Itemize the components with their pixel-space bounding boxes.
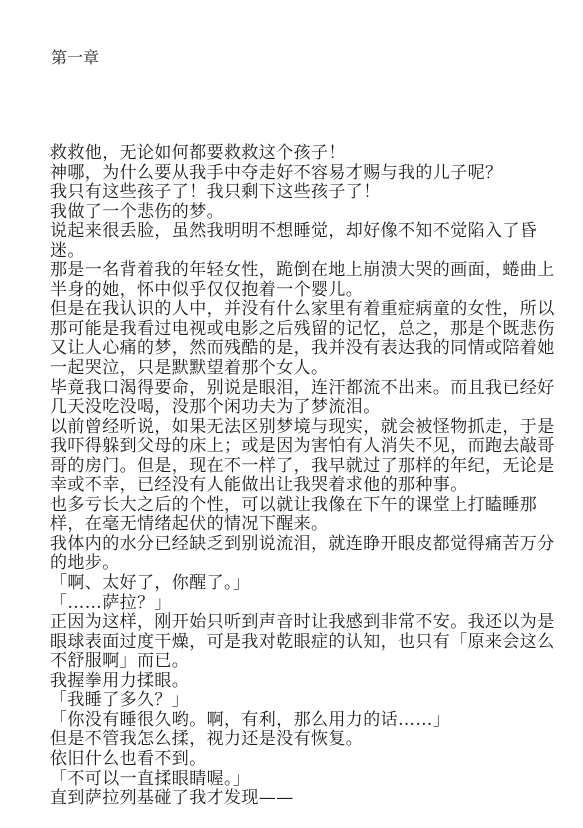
text-line: 几天没吃没喝，没那个闲功夫为了梦流泪。 [50, 398, 550, 418]
text-line: 眼球表面过度干燥，可是我对乾眼症的认知，也只有「原来会这么 [50, 633, 550, 653]
text-line: 说起来很丢脸，虽然我明明不想睡觉，却好像不知不觉陷入了昏 [50, 222, 550, 242]
body-text: 救救他，无论如何都要救救这个孩子！ 神哪，为什么要从我手中夺走好不容易才赐与我的… [50, 144, 550, 809]
text-line: 也多亏长大之后的个性，可以就让我像在下午的课堂上打瞌睡那 [50, 496, 550, 516]
text-line: 我体内的水分已经缺乏到别说流泪，就连睁开眼皮都觉得痛苦万分 [50, 535, 550, 555]
dialogue-line: 「你没有睡很久哟。啊，有利，那么用力的话……」 [50, 711, 550, 731]
text-line: 幸或不幸，已经没有人能做出让我哭着求他的那种事。 [50, 476, 550, 496]
text-line: 那可能是我看过电视或电影之后残留的记忆，总之，那是个既悲伤 [50, 320, 550, 340]
text-line: 半身的她，怀中似乎仅仅抱着一个婴儿。 [50, 281, 550, 301]
text-line: 但是不管我怎么揉，视力还是没有恢复。 [50, 730, 550, 750]
text-line: 正因为这样，刚开始只听到声音时让我感到非常不安。我还以为是 [50, 613, 550, 633]
text-line: 我只有这些孩子了！我只剩下这些孩子了！ [50, 183, 550, 203]
dialogue-line: 「不可以一直揉眼睛喔。」 [50, 770, 550, 790]
chapter-title: 第一章 [51, 48, 99, 68]
text-line: 样，在毫无情绪起伏的情况下醒来。 [50, 515, 550, 535]
text-line: 又让人心痛的梦，然而残酷的是，我并没有表达我的同情或陪着她 [50, 339, 550, 359]
text-line: 那是一名背着我的年轻女性，跪倒在地上崩溃大哭的画面，蜷曲上 [50, 261, 550, 281]
dialogue-line: 「我睡了多久？」 [50, 691, 550, 711]
text-line: 毕竟我口渴得要命，别说是眼泪，连汗都流不出来。而且我已经好 [50, 379, 550, 399]
text-line: 的地步。 [50, 554, 550, 574]
text-line: 直到萨拉列基碰了我才发现—— [50, 789, 550, 809]
text-line: 一起哭泣，只是默默望着那个女人。 [50, 359, 550, 379]
text-line: 神哪，为什么要从我手中夺走好不容易才赐与我的儿子呢？ [50, 164, 550, 184]
dialogue-line: 「啊、太好了，你醒了。」 [50, 574, 550, 594]
text-line: 迷。 [50, 242, 550, 262]
text-line: 我吓得躲到父母的床上；或是因为害怕有人消失不见，而跑去敲哥 [50, 437, 550, 457]
text-line: 但是在我认识的人中，并没有什么家里有着重症病童的女性，所以 [50, 300, 550, 320]
text-line: 哥的房门。但是，现在不一样了，我早就过了那样的年纪，无论是 [50, 457, 550, 477]
text-line: 救救他，无论如何都要救救这个孩子！ [50, 144, 550, 164]
text-line: 依旧什么也看不到。 [50, 750, 550, 770]
text-line: 不舒服啊」而已。 [50, 652, 550, 672]
dialogue-line: 「……萨拉？」 [50, 594, 550, 614]
text-line: 我做了一个悲伤的梦。 [50, 203, 550, 223]
text-line: 以前曾经听说，如果无法区别梦境与现实，就会被怪物抓走，于是 [50, 418, 550, 438]
text-line: 我握拳用力揉眼。 [50, 672, 550, 692]
document-page: 第一章 救救他，无论如何都要救救这个孩子！ 神哪，为什么要从我手中夺走好不容易才… [0, 0, 583, 828]
